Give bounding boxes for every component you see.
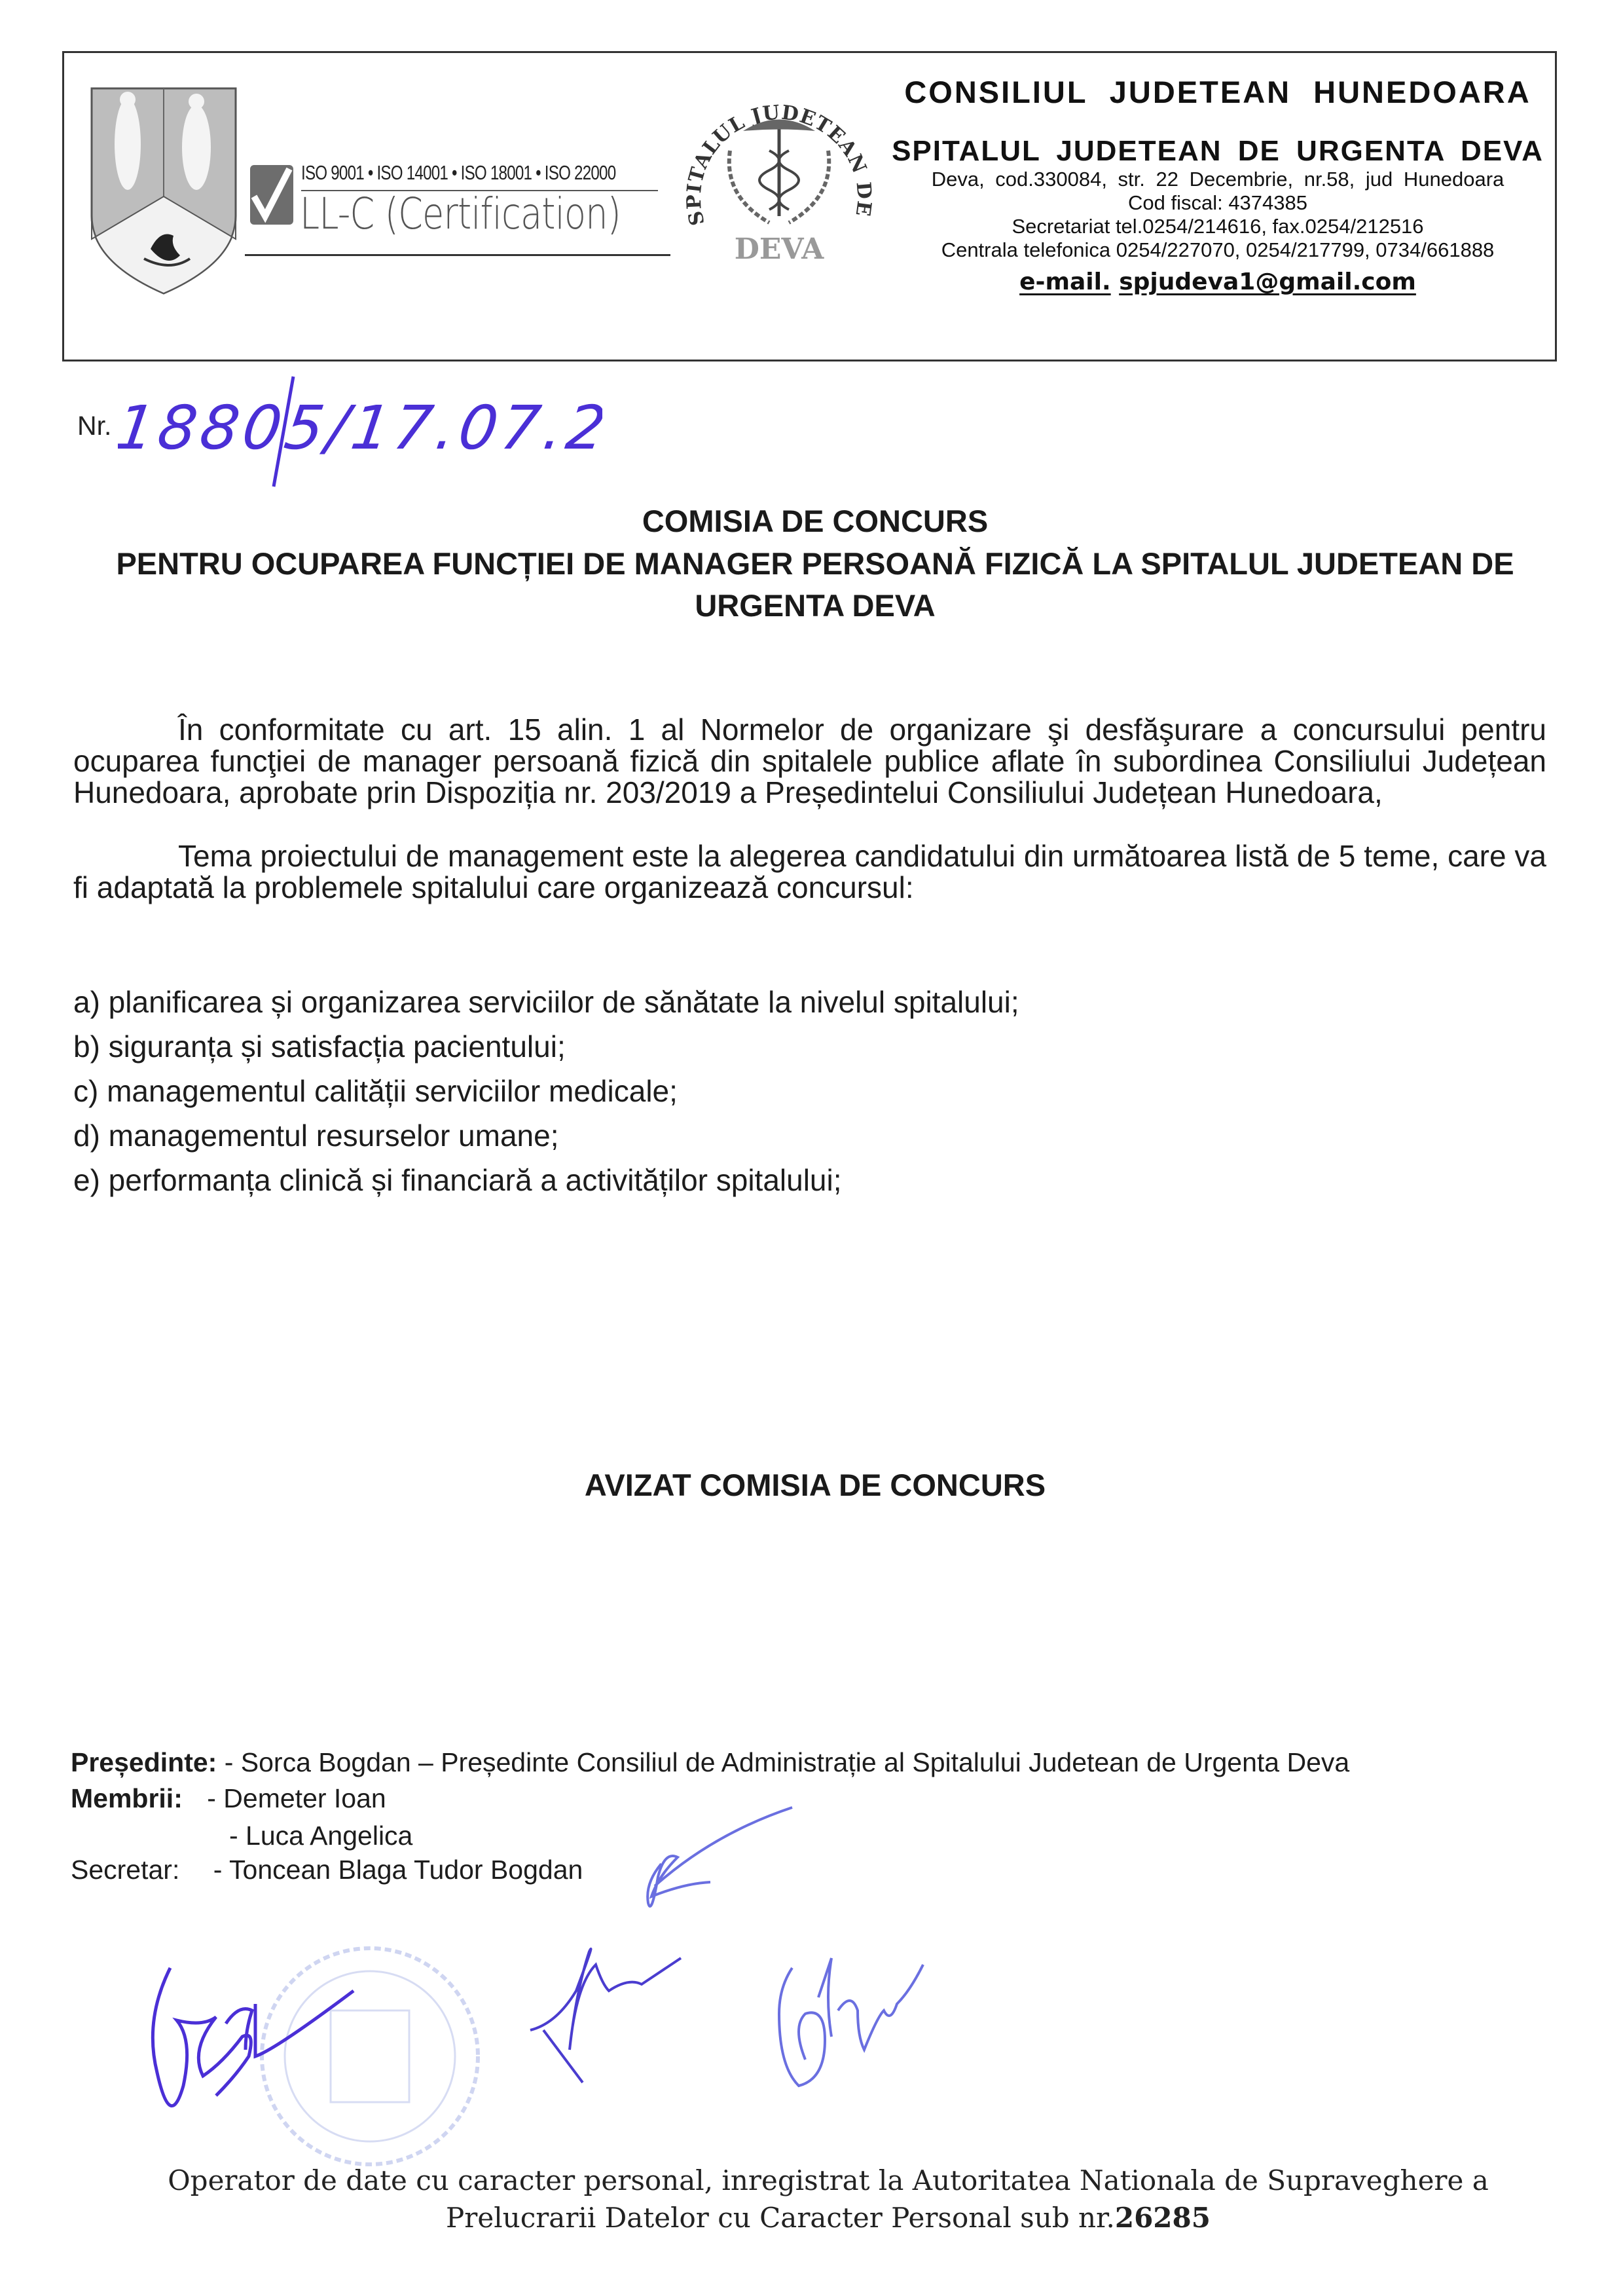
registration-label: Nr. <box>77 411 111 441</box>
data-protection-notice-line-1: Operator de date cu caracter personal, i… <box>98 2161 1558 2200</box>
secretary-signature-icon <box>647 1807 792 1906</box>
fiscal-code: Cod fiscal: 4374385 <box>864 191 1571 215</box>
registration-value: 18805/17.07.2019 <box>118 392 602 462</box>
secretary-label: Secretar: <box>71 1855 179 1885</box>
committee-president: Președinte: - Sorca Bogdan – Președinte … <box>71 1747 1349 1778</box>
certification-logo: ISO 9001 • ISO 14001 • ISO 18001 • ISO 2… <box>249 149 674 261</box>
email-label: e-mail. <box>1019 268 1111 295</box>
secretary-name: - Toncean Blaga Tudor Bogdan <box>213 1855 583 1885</box>
body-paragraph-2: Tema proiectului de management este la a… <box>73 840 1546 903</box>
divider <box>245 254 670 256</box>
title-line-3: URGENTA DEVA <box>85 587 1545 623</box>
committee-members: Membrii: - Demeter Ioan <box>71 1783 386 1814</box>
body-paragraph-1: În conformitate cu art. 15 alin. 1 al No… <box>73 714 1546 808</box>
iso-standards: ISO 9001 • ISO 14001 • ISO 18001 • ISO 2… <box>301 161 615 185</box>
president-signature-icon <box>153 1968 354 2106</box>
switchboard-contact: Centrala telefonica 0254/227070, 0254/21… <box>864 238 1571 262</box>
checkmark-logo-icon <box>249 164 295 226</box>
theme-list: a) planificarea și organizarea serviciil… <box>73 980 1019 1202</box>
official-stamp-icon <box>262 1948 478 2164</box>
committee-secretary: Secretar: - Toncean Blaga Tudor Bogdan <box>71 1855 583 1885</box>
president-label: Președinte: <box>71 1747 217 1777</box>
certification-brand: LL-C (Certification) <box>300 189 621 239</box>
county-coat-of-arms-icon <box>88 85 239 295</box>
member-signature-1-icon <box>530 1949 681 2083</box>
notice-prefix: Prelucrarii Datelor cu Caracter Personal… <box>446 2202 1115 2234</box>
title-line-1: COMISIA DE CONCURS <box>85 503 1545 539</box>
approval-heading: AVIZAT COMISIA DE CONCURS <box>85 1467 1545 1503</box>
anspdcp-registration-number: 26285 <box>1115 2202 1211 2234</box>
members-label: Membrii: <box>71 1783 183 1813</box>
seal-city-text: DEVA <box>735 232 824 266</box>
institution-info: CONSILIUL JUDETEAN HUNEDOARA SPITALUL JU… <box>864 69 1571 295</box>
email-line: e-mail. spjudeva1@gmail.com <box>864 268 1571 295</box>
hospital-seal-icon: SPITALUL JUDETEAN DE URGENTA DEVA <box>681 65 877 275</box>
address: Deva, cod.330084, str. 22 Decembrie, nr.… <box>864 168 1571 191</box>
handwritten-registration-number: 18805/17.07.2019 <box>118 370 602 488</box>
theme-item-b: b) siguranța și satisfacția pacientului; <box>73 1024 1019 1069</box>
theme-item-e: e) performanța clinică și financiară a a… <box>73 1158 1019 1202</box>
member-1: - Demeter Ioan <box>207 1783 386 1813</box>
county-council-name: CONSILIUL JUDETEAN HUNEDOARA <box>864 74 1571 110</box>
secretariat-contact: Secretariat tel.0254/214616, fax.0254/21… <box>864 215 1571 238</box>
hospital-name: SPITALUL JUDETEAN DE URGENTA DEVA <box>864 135 1571 168</box>
data-protection-notice-line-2: Prelucrarii Datelor cu Caracter Personal… <box>98 2198 1558 2238</box>
theme-item-c: c) managementul calității serviciilor me… <box>73 1069 1019 1113</box>
theme-item-a: a) planificarea și organizarea serviciil… <box>73 980 1019 1024</box>
email-link[interactable]: spjudeva1@gmail.com <box>1119 268 1416 295</box>
member-signature-2-icon <box>779 1958 923 2086</box>
member-2: - Luca Angelica <box>229 1821 412 1851</box>
title-line-2: PENTRU OCUPAREA FUNCȚIEI DE MANAGER PERS… <box>85 546 1545 582</box>
president-name: - Sorca Bogdan – Președinte Consiliul de… <box>225 1747 1349 1777</box>
theme-item-d: d) managementul resurselor umane; <box>73 1113 1019 1158</box>
